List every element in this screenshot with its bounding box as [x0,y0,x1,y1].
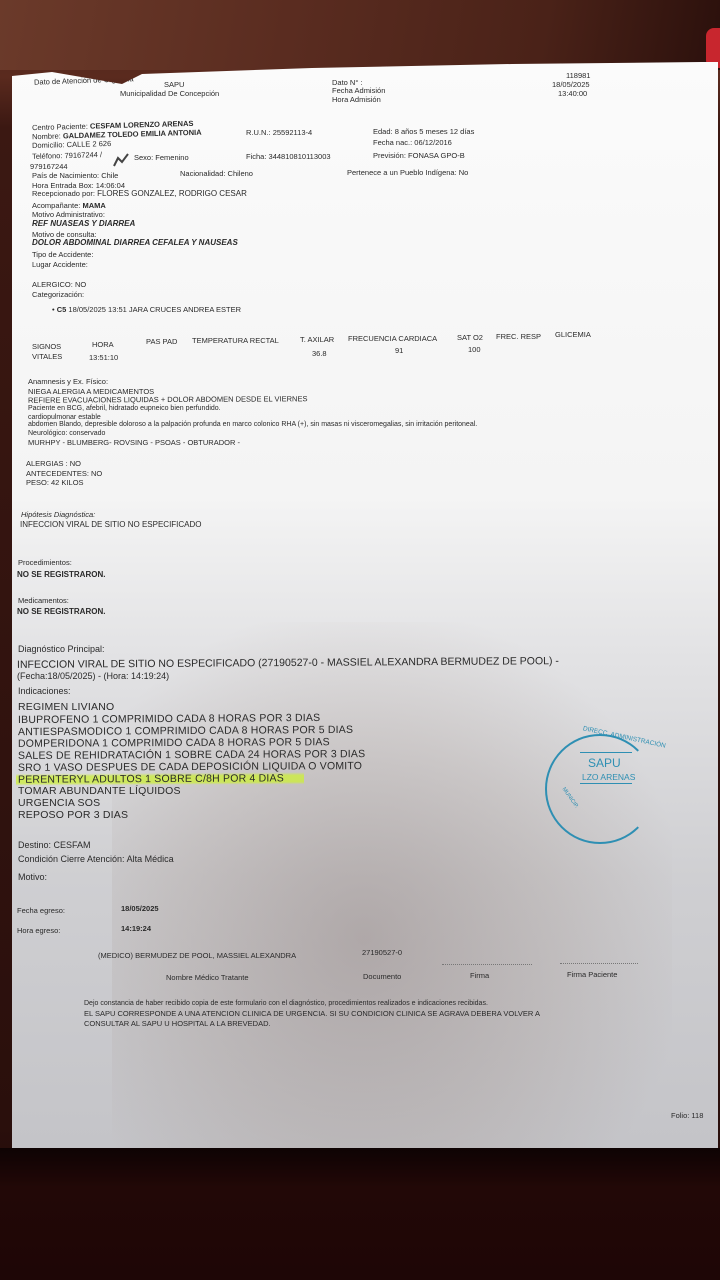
firma-paciente-label: Firma Paciente [567,970,617,979]
bullet-icon: • [52,305,55,314]
ficha-value: 344810810113003 [269,152,331,161]
aviso-line-2: CONSULTAR AL SAPU U HOSPITAL A LA BREVED… [84,1019,271,1028]
edad-value: 8 años 5 meses 12 días [395,127,475,136]
antecedentes: ANTECEDENTES: NO [26,469,102,478]
vitals-col-pas-pad: PAS PAD [146,337,177,346]
form-title: Dato de Atención de Urgencia [34,74,134,86]
recepcionado-value: FLORES GONZALEZ, RODRIGO CESAR [97,189,247,198]
condicion-label: Condición Cierre Atención: [18,854,125,864]
indicaciones-label: Indicaciones: [18,686,71,696]
anamnesis-line: Neurológico: conservado [28,430,105,437]
domicilio-value: CALLE 2 626 [66,139,111,149]
diagnostico-label: Diagnóstico Principal: [18,644,105,654]
org-name: SAPU [164,80,184,89]
hipotesis-label: Hipótesis Diagnóstica: [21,510,95,519]
hora-egreso-label: Hora egreso: [17,926,60,935]
anamnesis-line: REFIERE EVACUACIONES LIQUIDAS + DOLOR AB… [28,394,307,404]
run-value: 25592113-4 [273,128,312,137]
anamnesis-line: cardiopulmonar estable [28,414,101,421]
fecha-admision: 18/05/2025 [552,80,590,89]
stamp-bottom-text: LZO ARENAS [582,772,635,782]
domicilio-label: Domicilio: [32,140,65,150]
anamnesis-line: MURHPY - BLUMBERG- ROVSING - PSOAS - OBT… [28,438,240,447]
vitals-col-sat-o2: SAT O2 [457,333,483,342]
folio-number: Folio: 118 [671,1111,703,1120]
acompanante-value: MAMA [82,201,105,210]
constancia-text: Dejo constancia de haber recibido copia … [84,1000,488,1007]
run-label: R.U.N.: [246,128,271,137]
ficha-label: Ficha: [246,152,266,161]
anamnesis-line: abdomen Blando, depresible doloroso a la… [28,421,477,428]
anamnesis-line: Paciente en BCG, afebril, hidratado eupn… [28,405,221,412]
pais-value: Chile [101,171,118,180]
fecha-nac-label: Fecha nac.: [373,138,412,147]
documento-label: Documento [363,972,401,981]
sexo-label: Sexo: [134,153,153,162]
categorizacion-code: C5 [57,305,67,314]
vitals-col-frec-resp: FREC. RESP [496,332,541,341]
lugar-accidente-label: Lugar Accidente: [32,260,88,269]
destino-value: CESFAM [54,840,91,850]
hora-egreso-value: 14:19:24 [121,924,151,933]
alergico-value: NO [75,280,86,289]
edad-label: Edad: [373,127,393,136]
indicacion-item: URGENCIA SOS [18,797,100,809]
categorizacion-label: Categorización: [32,290,84,299]
indicacion-item-highlighted: PERENTERYL ADULTOS 1 SOBRE C/8H POR 4 DI… [16,772,304,786]
medicamentos-value: NO SE REGISTRARON. [17,607,105,616]
pen-mark-icon [112,152,130,170]
destino-label: Destino: [18,840,51,850]
nacionalidad-label: Nacionalidad: [180,169,225,178]
vitals-label-2: VITALES [32,352,62,361]
motivo-consulta-value: DOLOR ABDOMINAL DIARREA CEFALEA Y NAUSEA… [32,238,238,247]
firma-paciente-line [560,963,638,964]
telefono-value-2: 979167244 [30,162,68,171]
medico-tratante-label: Nombre Médico Tratante [166,973,249,982]
procedimientos-label: Procedimientos: [18,558,72,567]
vitals-col-frec-cardiaca: FRECUENCIA CARDIACA [348,334,437,343]
tipo-accidente-label: Tipo de Accidente: [32,250,93,259]
medico-tratante-value: (MEDICO) BERMUDEZ DE POOL, MASSIEL ALEXA… [98,951,296,960]
vitals-value-t-axilar: 36.8 [312,349,327,358]
fecha-egreso-value: 18/05/2025 [121,904,159,913]
acompanante-label: Acompañante: [32,201,80,210]
table-surface-bottom [0,1148,720,1280]
table-surface-top [0,0,720,70]
vitals-col-temp-rectal: TEMPERATURA RECTAL [192,336,279,345]
procedimientos-value: NO SE REGISTRARON. [17,570,105,579]
vitals-value-sat-o2: 100 [468,345,481,354]
nacionalidad-value: Chileno [228,169,253,178]
categorizacion-text: 18/05/2025 13:51 JARA CRUCES ANDREA ESTE… [68,305,241,314]
motivo-adm-label: Motivo Administrativo: [32,210,105,219]
documento-value: 27190527-0 [362,948,402,957]
medicamentos-label: Medicamentos: [18,596,69,605]
fecha-nac-value: 06/12/2016 [414,138,452,147]
vitals-value-frec-cardiaca: 91 [395,346,403,355]
motivo-label: Motivo: [18,872,47,882]
alergias: ALERGIAS : NO [26,459,81,468]
anamnesis-label: Anamnesis y Ex. Físico: [28,377,108,386]
recepcionado-label: Recepcionado por: [32,189,95,198]
urgency-care-document: Dato de Atención de Urgencia SAPU Munici… [12,62,718,1148]
pais-label: País de Nacimiento: [32,171,99,180]
sexo-value: Femenino [155,153,188,162]
dato-number: 118981 [566,71,590,80]
pueblo-value: No [459,168,469,177]
vitals-value-hora: 13:51:10 [89,353,118,362]
categorizacion-entry: • C5 18/05/2025 13:51 JARA CRUCES ANDREA… [52,305,241,314]
hora-admision: 13:40:00 [558,89,587,98]
vitals-col-glicemia: GLICEMIA [555,330,591,339]
vitals-col-t-axilar: T. AXILAR [300,335,334,344]
prevision-value: FONASA GPO-B [408,151,465,160]
stamp-center-text: SAPU [588,756,621,770]
hora-admision-label: Hora Admisión [332,95,381,104]
pueblo-label: Pertenece a un Pueblo Indígena: [347,168,457,177]
hipotesis-value: INFECCION VIRAL DE SITIO NO ESPECIFICADO [20,520,202,529]
firma-label: Firma [470,971,489,980]
diagnostico-line-1: INFECCION VIRAL DE SITIO NO ESPECIFICADO… [17,655,559,671]
telefono-value: 79167244 / [64,150,102,160]
diagnostico-line-2: (Fecha:18/05/2025) - (Hora: 14:19:24) [17,671,169,681]
peso: PESO: 42 KILOS [26,478,84,487]
motivo-adm-value: REF NUASEAS Y DIARREA [32,219,135,228]
indicacion-item: SRO 1 VASO DESPUES DE CADA DEPOSICIÓN LI… [18,760,362,774]
firma-line [442,964,532,965]
indicacion-item: REGIMEN LIVIANO [18,701,114,713]
fecha-egreso-label: Fecha egreso: [17,906,65,915]
condicion-value: Alta Médica [127,854,174,864]
fecha-admision-label: Fecha Admisión [332,86,385,95]
indicacion-item: REPOSO POR 3 DIAS [18,809,128,821]
alergico-label: ALERGICO: [32,280,73,289]
telefono-label: Teléfono: [32,151,63,161]
vitals-col-hora: HORA [92,340,114,349]
aviso-line-1: EL SAPU CORRESPONDE A UNA ATENCION CLINI… [84,1009,540,1018]
prevision-label: Previsión: [373,151,406,160]
org-subtitle: Municipalidad De Concepción [120,89,219,98]
vitals-label-1: SIGNOS [32,342,61,351]
indicacion-item: TOMAR ABUNDANTE LÍQUIDOS [18,785,181,797]
